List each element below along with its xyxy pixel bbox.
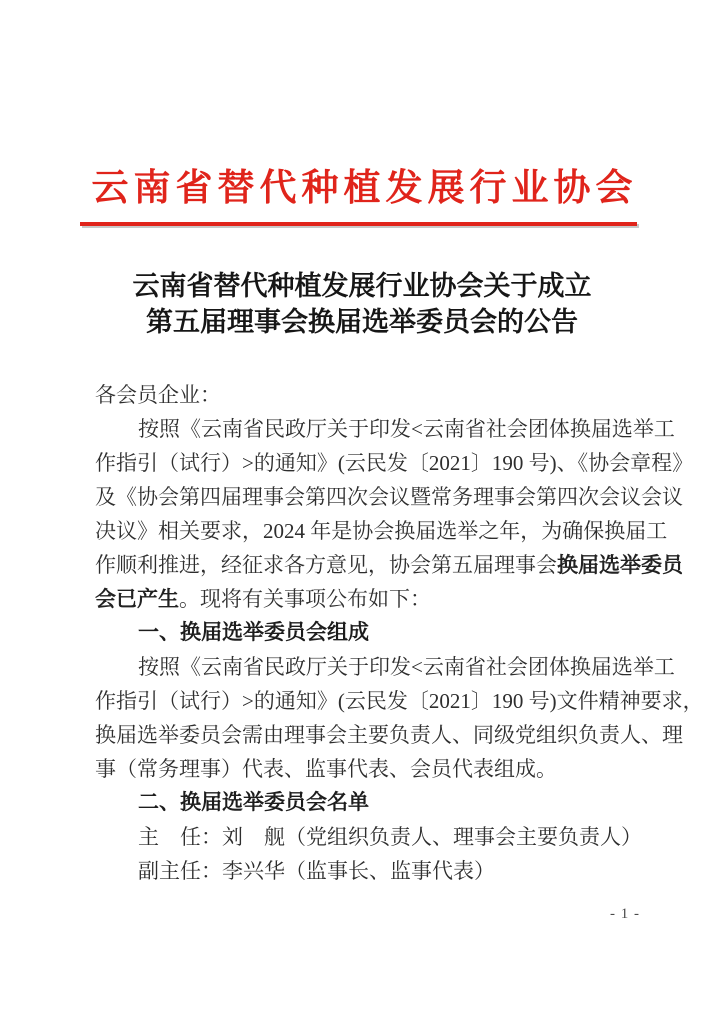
- paragraph1-line1: 按照《云南省民政厅关于印发<云南省社会团体换届选举工: [95, 412, 640, 446]
- section1-heading: 一、换届选举委员会组成: [95, 616, 640, 650]
- paragraph1-line6-emphasis: 会已产生: [95, 587, 179, 611]
- document-page: 云南省替代种植发展行业协会 云南省替代种植发展行业协会关于成立 第五届理事会换届…: [0, 0, 724, 1024]
- document-title: 云南省替代种植发展行业协会关于成立 第五届理事会换届选举委员会的公告: [0, 268, 724, 340]
- document-title-line2: 第五届理事会换届选举委员会的公告: [0, 304, 724, 340]
- section1-line3: 换届选举委员会需由理事会主要负责人、同级党组织负责人、理: [95, 718, 640, 752]
- section2-heading: 二、换届选举委员会名单: [95, 786, 640, 820]
- paragraph1-line2: 作指引（试行）>的通知》(云民发〔2021〕190 号)、《协会章程》: [95, 446, 640, 480]
- member-vice-chairman: 副主任：李兴华（监事长、监事代表）: [95, 854, 640, 888]
- letterhead-org-name: 云南省替代种植发展行业协会: [0, 157, 724, 211]
- section1-line4: 事（常务理事）代表、监事代表、会员代表组成。: [95, 752, 640, 786]
- member-chairman: 主 任：刘 舰（党组织负责人、理事会主要负责人）: [95, 820, 640, 854]
- section1-line2: 作指引（试行）>的通知》(云民发〔2021〕190 号)文件精神要求，: [95, 684, 640, 718]
- paragraph1-line4: 决议》相关要求，2024 年是协会换届选举之年，为确保换届工: [95, 514, 640, 548]
- paragraph1-line6: 会已产生。现将有关事项公布如下：: [95, 582, 640, 616]
- paragraph1-line3: 及《协会第四届理事会第四次会议暨常务理事会第四次会议会议: [95, 480, 640, 514]
- paragraph1-line6-normal: 。现将有关事项公布如下：: [179, 587, 431, 611]
- paragraph1-line5-normal: 作顺利推进，经征求各方意见，协会第五届理事会: [95, 553, 557, 577]
- page-number: - 1 -: [610, 906, 640, 923]
- section1-line1: 按照《云南省民政厅关于印发<云南省社会团体换届选举工: [95, 650, 640, 684]
- paragraph1-line5-emphasis: 换届选举委员: [557, 553, 683, 577]
- document-title-line1: 云南省替代种植发展行业协会关于成立: [0, 268, 724, 304]
- salutation: 各会员企业：: [95, 378, 640, 412]
- document-body: 各会员企业： 按照《云南省民政厅关于印发<云南省社会团体换届选举工 作指引（试行…: [95, 378, 640, 888]
- paragraph1-line5: 作顺利推进，经征求各方意见，协会第五届理事会换届选举委员: [95, 548, 640, 582]
- letterhead-divider-rule: [80, 222, 637, 226]
